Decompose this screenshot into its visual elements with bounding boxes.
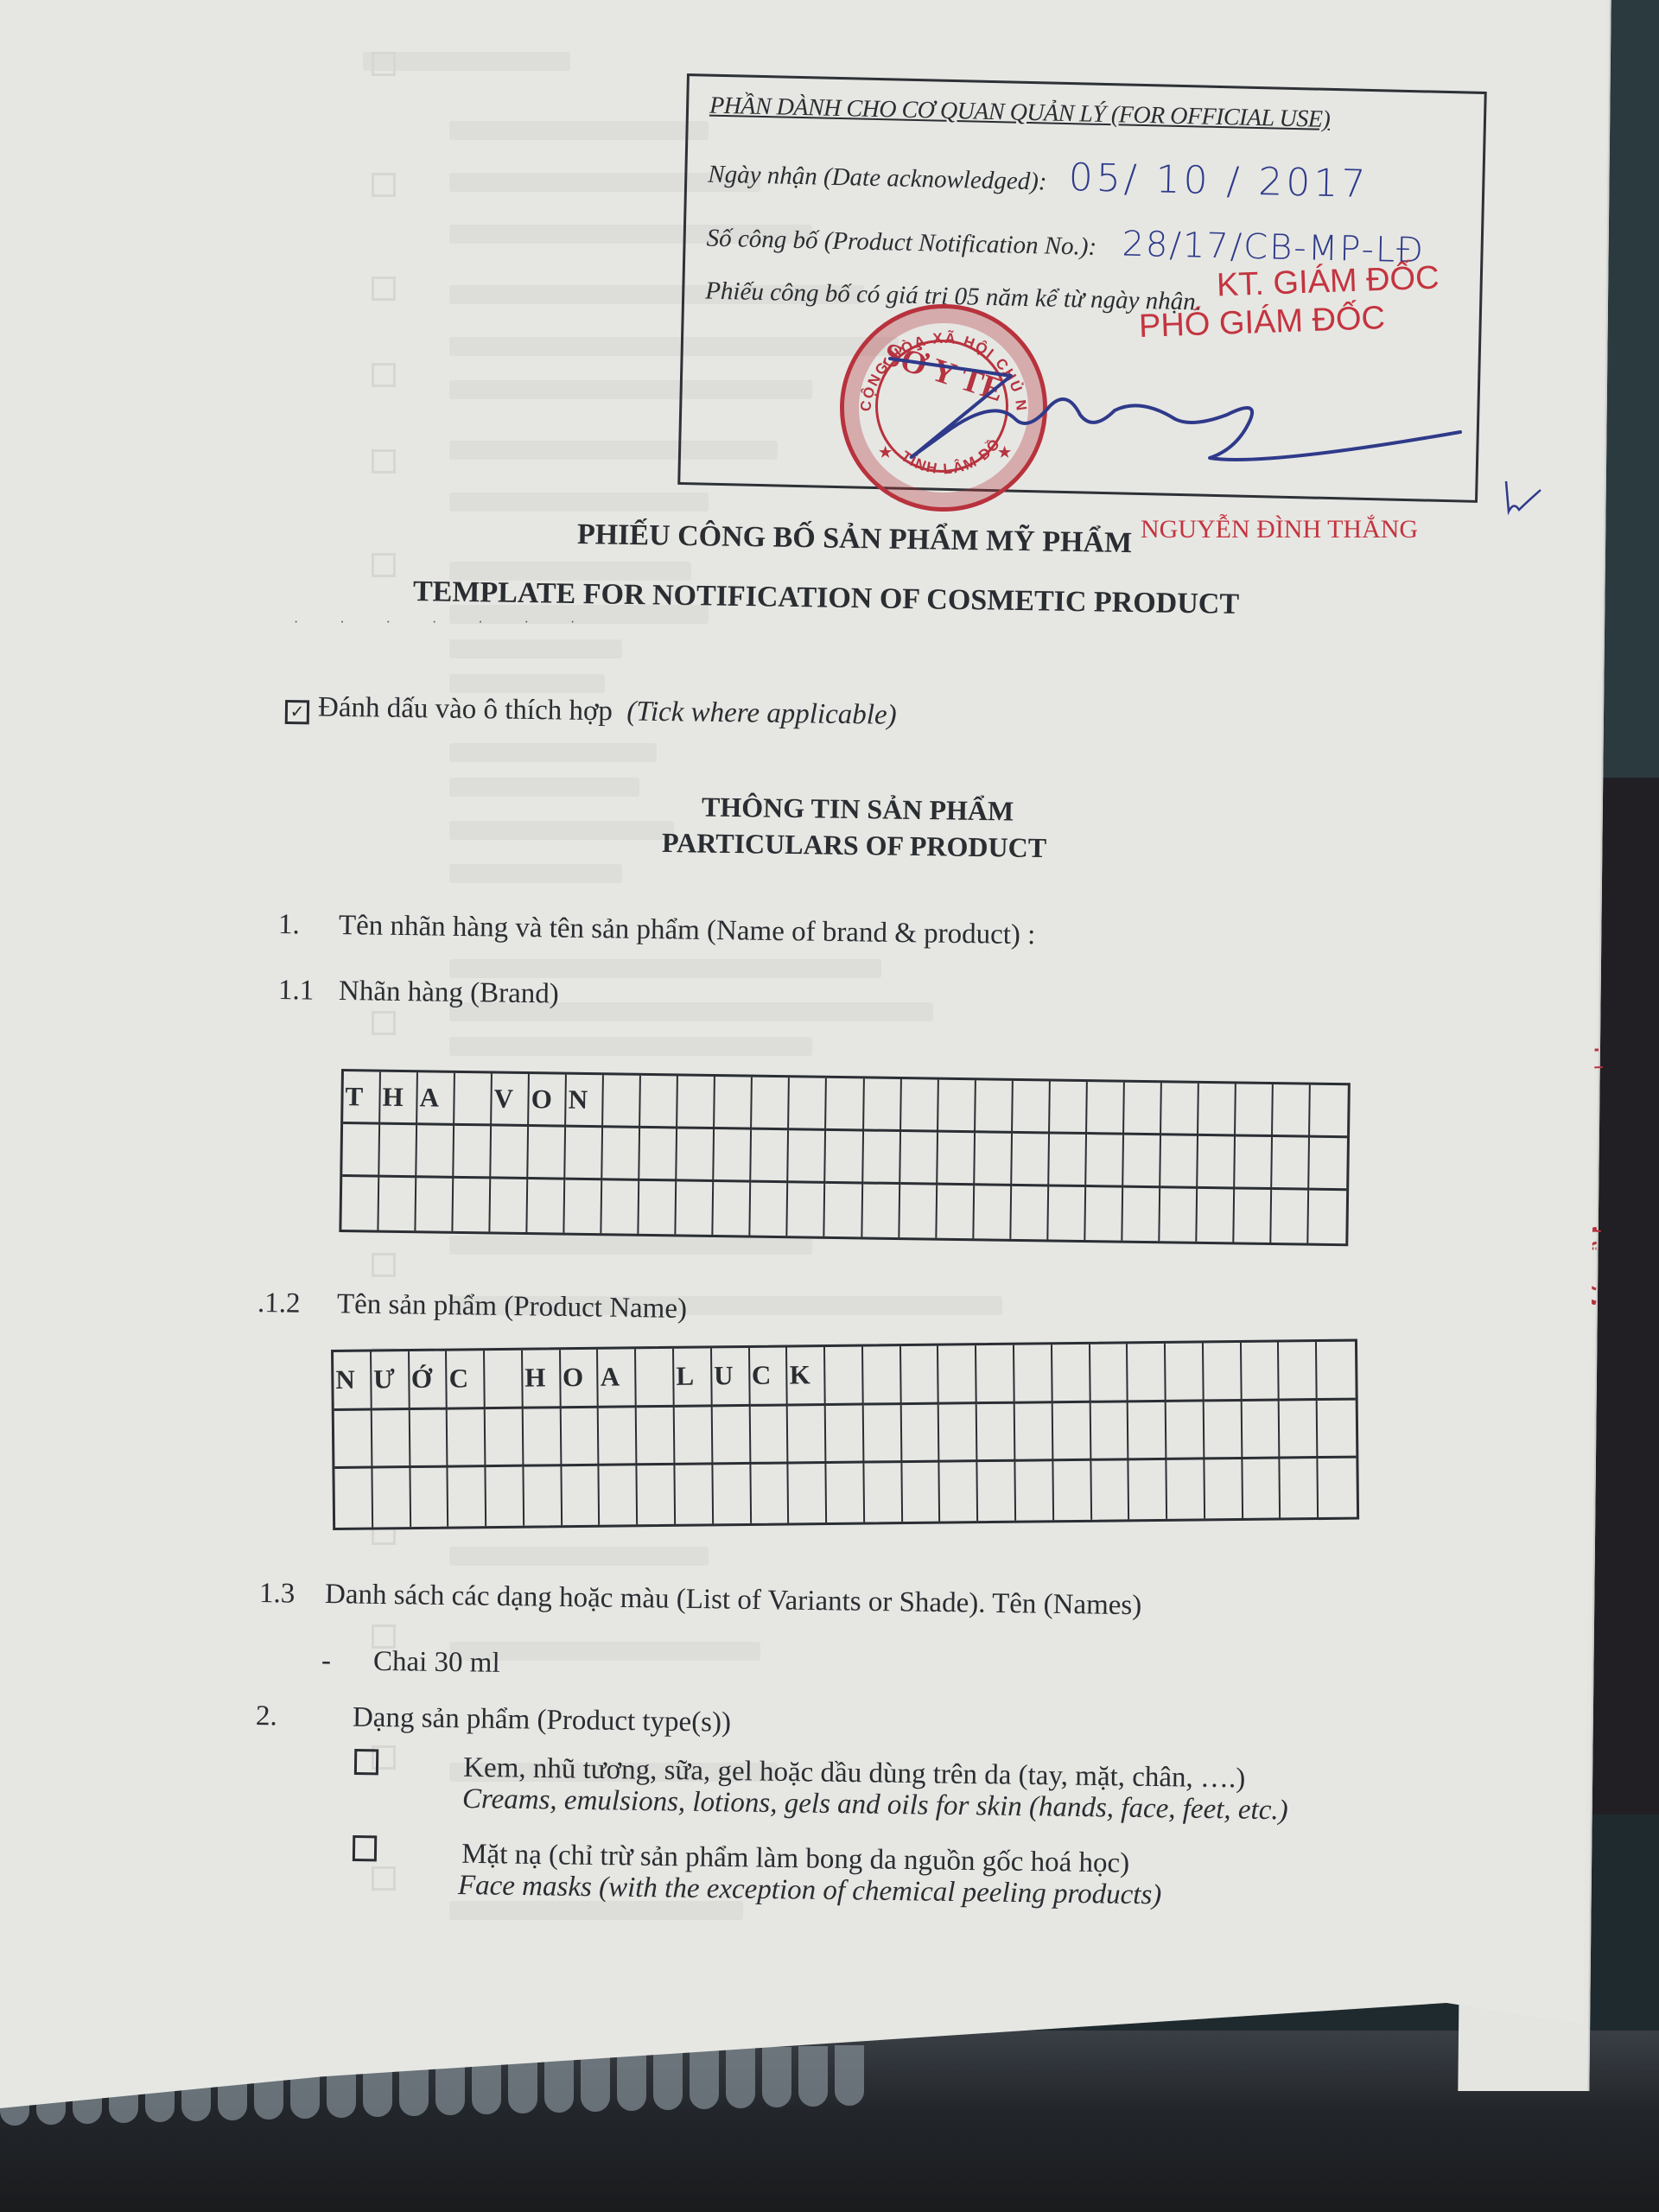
notification-number-row: Số công bố (Product Notification No.): 2…: [706, 215, 1425, 271]
grid-cell[interactable]: [1160, 1135, 1198, 1189]
grid-cell[interactable]: H: [523, 1350, 561, 1408]
grid-cell[interactable]: [976, 1080, 1014, 1134]
grid-cell[interactable]: [448, 1409, 486, 1468]
grid-cell[interactable]: [416, 1178, 454, 1231]
grid-cell[interactable]: [1242, 1401, 1280, 1459]
grid-cell[interactable]: [454, 1126, 492, 1179]
signer-name: NGUYỄN ĐÌNH THẮNG: [1141, 515, 1418, 544]
grid-cell[interactable]: [491, 1126, 529, 1179]
tick-instruction-vi: Đánh dấu vào ô thích hợp: [318, 692, 613, 728]
grid-cell[interactable]: [827, 1078, 865, 1132]
grid-cell[interactable]: [1012, 1134, 1050, 1187]
grid-cell[interactable]: [863, 1346, 901, 1405]
grid-cell[interactable]: [1197, 1189, 1235, 1243]
ghost-checkbox: [372, 1624, 396, 1649]
grid-cell[interactable]: [640, 1128, 678, 1182]
item-1-brand-product: 1.Tên nhãn hàng và tên sản phẩm (Name of…: [278, 909, 1036, 951]
grid-cell[interactable]: [900, 1132, 938, 1185]
grid-cell[interactable]: [864, 1405, 902, 1464]
grid-cell[interactable]: [1052, 1402, 1090, 1461]
grid-cell[interactable]: [561, 1408, 599, 1466]
variant-list-item: -Chai 30 ml: [321, 1645, 500, 1680]
grid-cell[interactable]: [826, 1131, 864, 1185]
grid-cell[interactable]: [1052, 1344, 1090, 1403]
grid-cell[interactable]: [562, 1466, 600, 1525]
grid-cell[interactable]: [1129, 1460, 1167, 1519]
section-heading-vi: THÔNG TIN SẢN PHẨM: [702, 791, 1014, 827]
ghost-line: [449, 821, 674, 840]
grid-cell[interactable]: [864, 1463, 902, 1522]
grid-cell[interactable]: [1205, 1402, 1243, 1460]
grid-cell[interactable]: [715, 1129, 753, 1183]
grid-cell[interactable]: A: [598, 1349, 636, 1408]
grid-cell[interactable]: [1281, 1459, 1319, 1517]
grid-cell[interactable]: [378, 1178, 416, 1231]
grid-cell[interactable]: Ớ: [410, 1351, 448, 1410]
grid-cell[interactable]: [565, 1180, 603, 1234]
ghost-checkbox: [372, 553, 396, 577]
grid-cell[interactable]: [486, 1408, 524, 1467]
grid-cell[interactable]: [1160, 1188, 1198, 1242]
grid-cell[interactable]: [938, 1345, 976, 1404]
item-1-3-variants: 1.3Danh sách các dạng hoặc màu (List of …: [259, 1578, 1142, 1622]
grid-cell[interactable]: [334, 1410, 372, 1469]
mosaic-tile: [581, 2051, 610, 2112]
grid-cell[interactable]: [1243, 1459, 1281, 1518]
ghost-checkbox: [372, 52, 396, 76]
grid-cell[interactable]: [416, 1125, 454, 1179]
grid-cell[interactable]: [1309, 1138, 1347, 1192]
checked-checkbox-icon: ✓: [285, 700, 309, 724]
grid-cell[interactable]: [1050, 1081, 1088, 1135]
grid-cell[interactable]: [752, 1077, 790, 1131]
grid-cell[interactable]: [863, 1131, 901, 1185]
grid-cell[interactable]: [825, 1184, 863, 1237]
grid-cell[interactable]: [602, 1128, 640, 1181]
ghost-line: [449, 639, 622, 658]
mosaic-tile: [653, 2050, 683, 2110]
grid-cell[interactable]: [640, 1076, 678, 1129]
grid-cell[interactable]: [448, 1467, 486, 1526]
grid-cell[interactable]: [410, 1468, 448, 1527]
ghost-checkbox: [372, 173, 396, 197]
item-1-2-product-name: .1.2Tên sản phẩm (Product Name): [257, 1287, 688, 1325]
grid-cell[interactable]: [752, 1130, 790, 1184]
ghost-line: [449, 1236, 812, 1255]
grid-cell[interactable]: [1167, 1460, 1205, 1519]
grid-cell[interactable]: [1014, 1344, 1052, 1403]
grid-cell[interactable]: [372, 1410, 410, 1469]
official-use-title: PHẦN DÀNH CHO CƠ QUAN QUẢN LÝ (FOR OFFIC…: [709, 92, 1331, 134]
grid-cell[interactable]: [1198, 1136, 1236, 1190]
mosaic-tile: [798, 2046, 828, 2107]
grid-cell[interactable]: [937, 1185, 975, 1239]
mosaic-tile: [617, 2050, 646, 2111]
grid-cell[interactable]: [1166, 1402, 1205, 1460]
grid-cell[interactable]: [410, 1409, 448, 1468]
grid-cell[interactable]: [454, 1073, 493, 1127]
notification-number-label: Số công bố (Product Notification No.):: [706, 225, 1096, 261]
document-page: PHẦN DÀNH CHO CƠ QUAN QUẢN LÝ (FOR OFFIC…: [0, 0, 1607, 2108]
grid-cell[interactable]: [978, 1462, 1016, 1521]
grid-cell[interactable]: [636, 1349, 674, 1408]
grid-cell[interactable]: [602, 1180, 640, 1234]
grid-cell[interactable]: [1272, 1137, 1310, 1191]
ghost-line: [449, 121, 709, 140]
brand-name-grid: THAVON: [339, 1069, 1351, 1246]
grid-cell[interactable]: [975, 1133, 1013, 1186]
grid-cell[interactable]: [715, 1077, 753, 1130]
ghost-checkbox: [372, 449, 396, 474]
ghost-line: [449, 1547, 709, 1566]
ghost-line: [449, 959, 881, 978]
grid-cell[interactable]: [1236, 1084, 1274, 1137]
ghost-line: [449, 778, 639, 797]
grid-cell[interactable]: [1317, 1342, 1355, 1401]
grid-cell[interactable]: [341, 1177, 379, 1230]
grid-cell[interactable]: U: [712, 1348, 750, 1407]
grid-cell[interactable]: [1319, 1459, 1357, 1517]
ghost-checkbox: [372, 363, 396, 387]
date-acknowledged-value: 05/ 10 / 2017: [1068, 156, 1370, 207]
unchecked-checkbox[interactable]: [354, 1749, 378, 1775]
grid-cell[interactable]: [342, 1124, 380, 1178]
grid-cell[interactable]: [675, 1465, 713, 1524]
grid-cell[interactable]: [1053, 1461, 1091, 1520]
grid-cell[interactable]: [901, 1404, 939, 1463]
grid-cell[interactable]: [565, 1128, 603, 1181]
grid-cell[interactable]: O: [561, 1350, 599, 1408]
grid-cell[interactable]: [1013, 1081, 1051, 1135]
grid-cell[interactable]: [1049, 1134, 1087, 1187]
item-1-1-brand: 1.1Nhãn hàng (Brand): [278, 975, 559, 1011]
grid-cell[interactable]: [751, 1465, 789, 1523]
grid-cell[interactable]: [675, 1407, 713, 1465]
grid-cell[interactable]: [1123, 1135, 1161, 1189]
grid-cell[interactable]: [528, 1127, 566, 1180]
grid-cell[interactable]: [825, 1347, 863, 1406]
grid-cell[interactable]: [788, 1183, 826, 1236]
ghost-checkbox: [372, 1866, 396, 1891]
grid-cell[interactable]: [603, 1075, 641, 1128]
grid-cell[interactable]: [637, 1407, 675, 1465]
grid-cell[interactable]: [677, 1076, 715, 1129]
grid-cell[interactable]: [1122, 1188, 1160, 1242]
grid-cell[interactable]: [1242, 1343, 1280, 1402]
grid-cell[interactable]: [1085, 1187, 1123, 1241]
grid-cell[interactable]: [1091, 1461, 1129, 1520]
grid-cell[interactable]: [714, 1182, 752, 1236]
grid-cell[interactable]: [524, 1467, 562, 1526]
grid-cell[interactable]: [491, 1179, 529, 1232]
grid-cell[interactable]: [751, 1183, 789, 1236]
grid-cell[interactable]: [1308, 1191, 1346, 1244]
grid-cell[interactable]: [528, 1179, 566, 1233]
item-2-product-type: 2.Dạng sản phẩm (Product type(s)): [256, 1700, 732, 1739]
grid-cell[interactable]: [788, 1406, 826, 1465]
grid-cell[interactable]: [789, 1130, 827, 1184]
grid-cell[interactable]: T: [343, 1071, 381, 1125]
date-acknowledged-label: Ngày nhận (Date acknowledged):: [708, 161, 1047, 196]
grid-cell[interactable]: [1048, 1186, 1086, 1240]
grid-cell[interactable]: [713, 1465, 751, 1523]
ghost-line: [449, 1037, 812, 1056]
grid-cell[interactable]: [1273, 1084, 1311, 1138]
grid-cell[interactable]: C: [447, 1351, 485, 1409]
tick-instruction-en: (Tick where applicable): [626, 696, 897, 731]
ghost-line: [449, 493, 709, 512]
grid-cell[interactable]: [379, 1125, 417, 1179]
grid-cell[interactable]: [1198, 1084, 1236, 1137]
mosaic-tile: [690, 2049, 719, 2109]
grid-cell[interactable]: [638, 1465, 676, 1524]
grid-cell[interactable]: [334, 1469, 372, 1528]
grid-cell[interactable]: [485, 1351, 523, 1409]
ghost-line: [449, 864, 622, 883]
grid-cell[interactable]: [974, 1185, 1012, 1239]
grid-cell[interactable]: C: [750, 1347, 788, 1406]
grid-cell[interactable]: [524, 1408, 562, 1467]
grid-cell[interactable]: [901, 1346, 939, 1405]
grid-cell[interactable]: [976, 1345, 1014, 1404]
grid-cell[interactable]: [372, 1468, 410, 1527]
tick-instruction: ✓Đánh dấu vào ô thích hợp (Tick where ap…: [285, 691, 897, 732]
grid-cell[interactable]: O: [529, 1074, 567, 1128]
grid-cell[interactable]: [1128, 1344, 1166, 1402]
grid-cell[interactable]: [1205, 1459, 1243, 1518]
grid-cell[interactable]: N: [566, 1075, 604, 1128]
dotted-separator: · · · · · · ·: [294, 615, 594, 631]
handwritten-initial-icon: [1502, 477, 1545, 520]
ghost-line: [449, 743, 657, 762]
grid-cell[interactable]: K: [787, 1347, 825, 1406]
grid-cell[interactable]: [938, 1133, 976, 1186]
grid-cell[interactable]: [1234, 1189, 1272, 1243]
grid-cell[interactable]: V: [492, 1073, 530, 1127]
ghost-checkbox: [372, 276, 396, 301]
grid-cell[interactable]: [750, 1406, 788, 1465]
product-name-grid: NƯỚCHOALUCK: [331, 1339, 1359, 1530]
grid-cell[interactable]: [1015, 1462, 1053, 1521]
grid-cell[interactable]: [827, 1464, 865, 1522]
grid-cell[interactable]: [864, 1078, 902, 1132]
grid-cell[interactable]: Ư: [372, 1351, 410, 1410]
grid-cell[interactable]: [453, 1179, 491, 1232]
date-acknowledged-row: Ngày nhận (Date acknowledged): 05/ 10 / …: [708, 148, 1370, 207]
grid-cell[interactable]: [1279, 1342, 1317, 1401]
grid-cell[interactable]: [1161, 1083, 1199, 1136]
grid-cell[interactable]: [1271, 1190, 1309, 1243]
ghost-checkbox: [372, 1253, 396, 1277]
grid-cell[interactable]: [1011, 1186, 1049, 1240]
grid-cell[interactable]: [940, 1462, 978, 1521]
grid-cell[interactable]: A: [417, 1072, 455, 1126]
mosaic-tile: [726, 2048, 755, 2108]
grid-cell[interactable]: [677, 1128, 715, 1182]
grid-cell[interactable]: [599, 1408, 637, 1466]
grid-cell[interactable]: [826, 1405, 864, 1464]
grid-cell[interactable]: [639, 1181, 677, 1235]
grid-cell[interactable]: [600, 1466, 638, 1525]
unchecked-checkbox[interactable]: [353, 1835, 377, 1861]
grid-cell[interactable]: [899, 1185, 938, 1238]
grid-cell[interactable]: [1090, 1402, 1128, 1461]
grid-cell[interactable]: [1318, 1400, 1356, 1459]
grid-cell[interactable]: N: [334, 1352, 372, 1411]
grid-cell[interactable]: L: [674, 1348, 712, 1407]
grid-cell[interactable]: [1087, 1082, 1125, 1135]
grid-cell[interactable]: [1015, 1403, 1053, 1462]
section-heading-en: PARTICULARS OF PRODUCT: [662, 827, 1047, 864]
grid-cell[interactable]: [1090, 1344, 1128, 1402]
ghost-line: [449, 674, 605, 693]
grid-cell[interactable]: [977, 1403, 1015, 1462]
signer-title-line1: KT. GIÁM ĐỐC: [1216, 260, 1440, 305]
grid-cell[interactable]: [1310, 1085, 1348, 1139]
grid-cell[interactable]: [901, 1079, 939, 1133]
grid-cell[interactable]: H: [380, 1072, 418, 1126]
grid-cell[interactable]: [677, 1181, 715, 1235]
grid-cell[interactable]: [789, 1464, 827, 1522]
document-title-vi: PHIẾU CÔNG BỐ SẢN PHẨM MỸ PHẨM: [577, 518, 1133, 560]
grid-cell[interactable]: [1086, 1135, 1124, 1188]
grid-cell[interactable]: [1235, 1136, 1273, 1190]
grid-cell[interactable]: [1124, 1083, 1162, 1136]
grid-cell[interactable]: [1166, 1343, 1204, 1402]
mosaic-tile: [835, 2045, 864, 2106]
grid-cell[interactable]: [939, 1404, 977, 1463]
grid-cell[interactable]: [486, 1467, 524, 1526]
handwritten-signature-icon: [864, 337, 1486, 475]
grid-cell[interactable]: [1128, 1402, 1166, 1461]
ghost-checkbox: [372, 1011, 396, 1035]
grid-cell[interactable]: [938, 1080, 976, 1134]
grid-cell[interactable]: [712, 1407, 750, 1465]
grid-cell[interactable]: [1204, 1343, 1242, 1402]
grid-cell[interactable]: [862, 1184, 900, 1237]
grid-cell[interactable]: [1280, 1401, 1318, 1459]
grid-cell[interactable]: [902, 1463, 940, 1522]
grid-cell[interactable]: [789, 1077, 827, 1131]
mosaic-tile: [762, 2047, 791, 2107]
